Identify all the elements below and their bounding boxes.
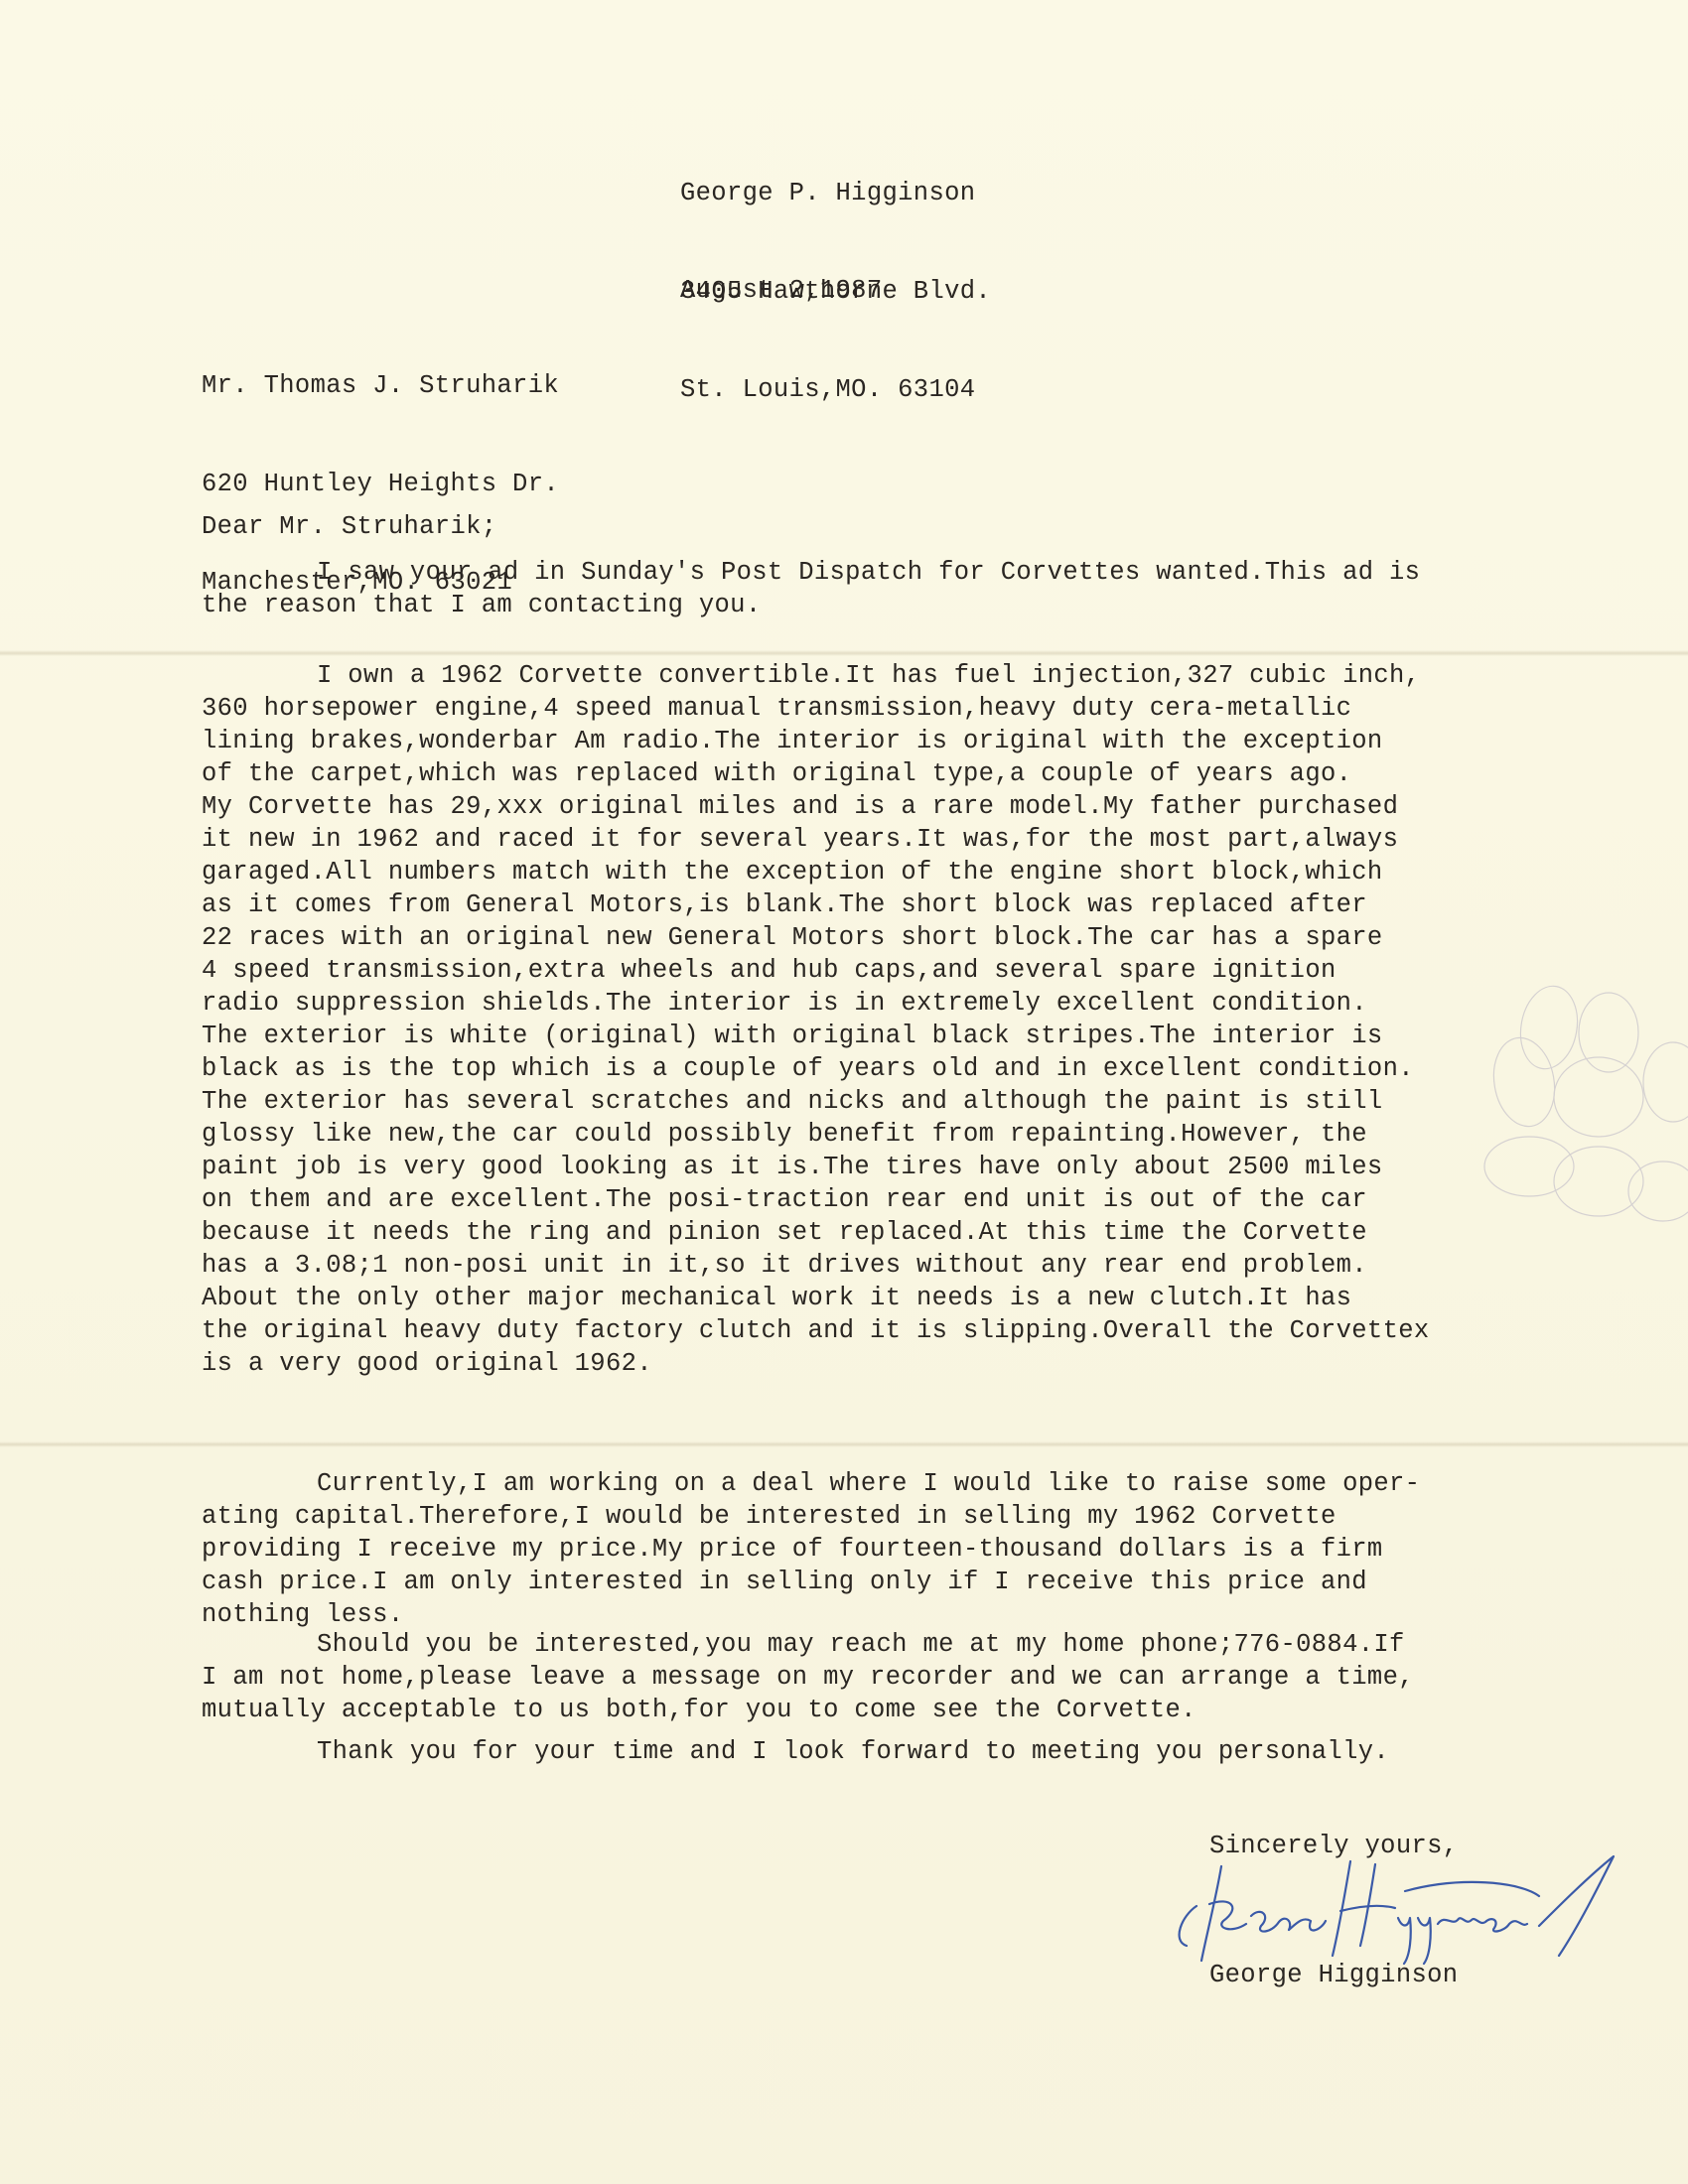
- body-line-text: My Corvette has 29,xxx original miles an…: [202, 792, 1398, 821]
- body-line: is a very good original 1962.: [202, 1347, 1492, 1380]
- body-line: Should you be interested,you may reach m…: [202, 1628, 1492, 1661]
- body-line-text: of the carpet,which was replaced with or…: [202, 759, 1351, 788]
- letter-date: August 2,1987: [680, 274, 882, 307]
- paper-fold-crease: [0, 1441, 1688, 1447]
- body-line-text: garaged.All numbers match with the excep…: [202, 858, 1383, 887]
- body-line: About the only other major mechanical wo…: [202, 1282, 1492, 1314]
- body-line: Thank you for your time and I look forwa…: [202, 1735, 1492, 1768]
- body-line-text: the reason that I am contacting you.: [202, 591, 762, 619]
- pencil-flower-doodle: [1479, 973, 1688, 1231]
- body-line: The exterior has several scratches and n…: [202, 1085, 1492, 1118]
- body-line: Currently,I am working on a deal where I…: [202, 1467, 1492, 1500]
- body-line: has a 3.08;1 non-posi unit in it,so it d…: [202, 1249, 1492, 1282]
- recipient-name: Mr. Thomas J. Struharik: [202, 369, 559, 402]
- body-line: 360 horsepower engine,4 speed manual tra…: [202, 692, 1492, 725]
- body-line-text: radio suppression shields.The interior i…: [202, 989, 1367, 1018]
- sender-name: George P. Higginson: [680, 177, 991, 209]
- body-line: paint job is very good looking as it is.…: [202, 1151, 1492, 1183]
- body-paragraph: Should you be interested,you may reach m…: [202, 1628, 1492, 1726]
- body-line: the original heavy duty factory clutch a…: [202, 1314, 1492, 1347]
- body-line: My Corvette has 29,xxx original miles an…: [202, 790, 1492, 823]
- salutation: Dear Mr. Struharik;: [202, 510, 496, 543]
- body-line: radio suppression shields.The interior i…: [202, 987, 1492, 1020]
- body-line-text: The exterior is white (original) with or…: [202, 1022, 1383, 1050]
- typed-signature-name: George Higginson: [1209, 1959, 1458, 1991]
- body-line-text: About the only other major mechanical wo…: [202, 1284, 1351, 1312]
- body-line-text: 360 horsepower engine,4 speed manual tra…: [202, 694, 1351, 723]
- body-line-text: is a very good original 1962.: [202, 1349, 652, 1378]
- body-line-text: on them and are excellent.The posi-tract…: [202, 1185, 1367, 1214]
- body-line-text: 22 races with an original new General Mo…: [202, 923, 1383, 952]
- body-line: it new in 1962 and raced it for several …: [202, 823, 1492, 856]
- paper-fold-crease: [0, 650, 1688, 656]
- body-line-text: paint job is very good looking as it is.…: [202, 1153, 1383, 1181]
- sender-city: St. Louis,MO. 63104: [680, 373, 991, 406]
- body-paragraph: I saw your ad in Sunday's Post Dispatch …: [202, 556, 1492, 621]
- body-line-text: ating capital.Therefore,I would be inter…: [202, 1502, 1336, 1531]
- body-paragraph: I own a 1962 Corvette convertible.It has…: [202, 659, 1492, 1380]
- body-line-text: glossy like new,the car could possibly b…: [202, 1120, 1367, 1149]
- body-line: ating capital.Therefore,I would be inter…: [202, 1500, 1492, 1533]
- body-line-text: The exterior has several scratches and n…: [202, 1087, 1383, 1116]
- body-line-text: Should you be interested,you may reach m…: [317, 1630, 1405, 1659]
- body-line-text: I saw your ad in Sunday's Post Dispatch …: [317, 558, 1420, 587]
- body-line-text: mutually acceptable to us both,for you t…: [202, 1696, 1196, 1724]
- body-line: I saw your ad in Sunday's Post Dispatch …: [202, 556, 1492, 589]
- recipient-street: 620 Huntley Heights Dr.: [202, 468, 559, 500]
- body-line: the reason that I am contacting you.: [202, 589, 1492, 621]
- body-paragraph: Thank you for your time and I look forwa…: [202, 1735, 1492, 1768]
- body-line: garaged.All numbers match with the excep…: [202, 856, 1492, 888]
- body-line: cash price.I am only interested in selli…: [202, 1566, 1492, 1598]
- body-line: 22 races with an original new General Mo…: [202, 921, 1492, 954]
- handwritten-signature: [1162, 1846, 1618, 1976]
- body-line: on them and are excellent.The posi-tract…: [202, 1183, 1492, 1216]
- body-line-text: as it comes from General Motors,is blank…: [202, 890, 1367, 919]
- body-line: I own a 1962 Corvette convertible.It has…: [202, 659, 1492, 692]
- body-line: of the carpet,which was replaced with or…: [202, 757, 1492, 790]
- body-line-text: Currently,I am working on a deal where I…: [317, 1469, 1420, 1498]
- body-line-text: black as is the top which is a couple of…: [202, 1054, 1414, 1083]
- body-line: because it needs the ring and pinion set…: [202, 1216, 1492, 1249]
- body-line: I am not home,please leave a message on …: [202, 1661, 1492, 1694]
- body-line-text: the original heavy duty factory clutch a…: [202, 1316, 1430, 1345]
- body-line: providing I receive my price.My price of…: [202, 1533, 1492, 1566]
- body-line: mutually acceptable to us both,for you t…: [202, 1694, 1492, 1726]
- body-line-text: has a 3.08;1 non-posi unit in it,so it d…: [202, 1251, 1367, 1280]
- body-line-text: cash price.I am only interested in selli…: [202, 1568, 1367, 1596]
- body-line-text: I own a 1962 Corvette convertible.It has…: [317, 661, 1420, 690]
- body-line: as it comes from General Motors,is blank…: [202, 888, 1492, 921]
- body-line: The exterior is white (original) with or…: [202, 1020, 1492, 1052]
- body-line-text: because it needs the ring and pinion set…: [202, 1218, 1367, 1247]
- body-line: nothing less.: [202, 1598, 1492, 1631]
- body-line: 4 speed transmission,extra wheels and hu…: [202, 954, 1492, 987]
- body-line: lining brakes,wonderbar Am radio.The int…: [202, 725, 1492, 757]
- body-line: glossy like new,the car could possibly b…: [202, 1118, 1492, 1151]
- body-line-text: nothing less.: [202, 1600, 403, 1629]
- body-line-text: I am not home,please leave a message on …: [202, 1663, 1414, 1692]
- body-line-text: 4 speed transmission,extra wheels and hu…: [202, 956, 1336, 985]
- body-line-text: it new in 1962 and raced it for several …: [202, 825, 1398, 854]
- body-paragraph: Currently,I am working on a deal where I…: [202, 1467, 1492, 1631]
- body-line-text: lining brakes,wonderbar Am radio.The int…: [202, 727, 1383, 755]
- body-line: black as is the top which is a couple of…: [202, 1052, 1492, 1085]
- body-line-text: Thank you for your time and I look forwa…: [317, 1737, 1389, 1766]
- body-line-text: providing I receive my price.My price of…: [202, 1535, 1383, 1564]
